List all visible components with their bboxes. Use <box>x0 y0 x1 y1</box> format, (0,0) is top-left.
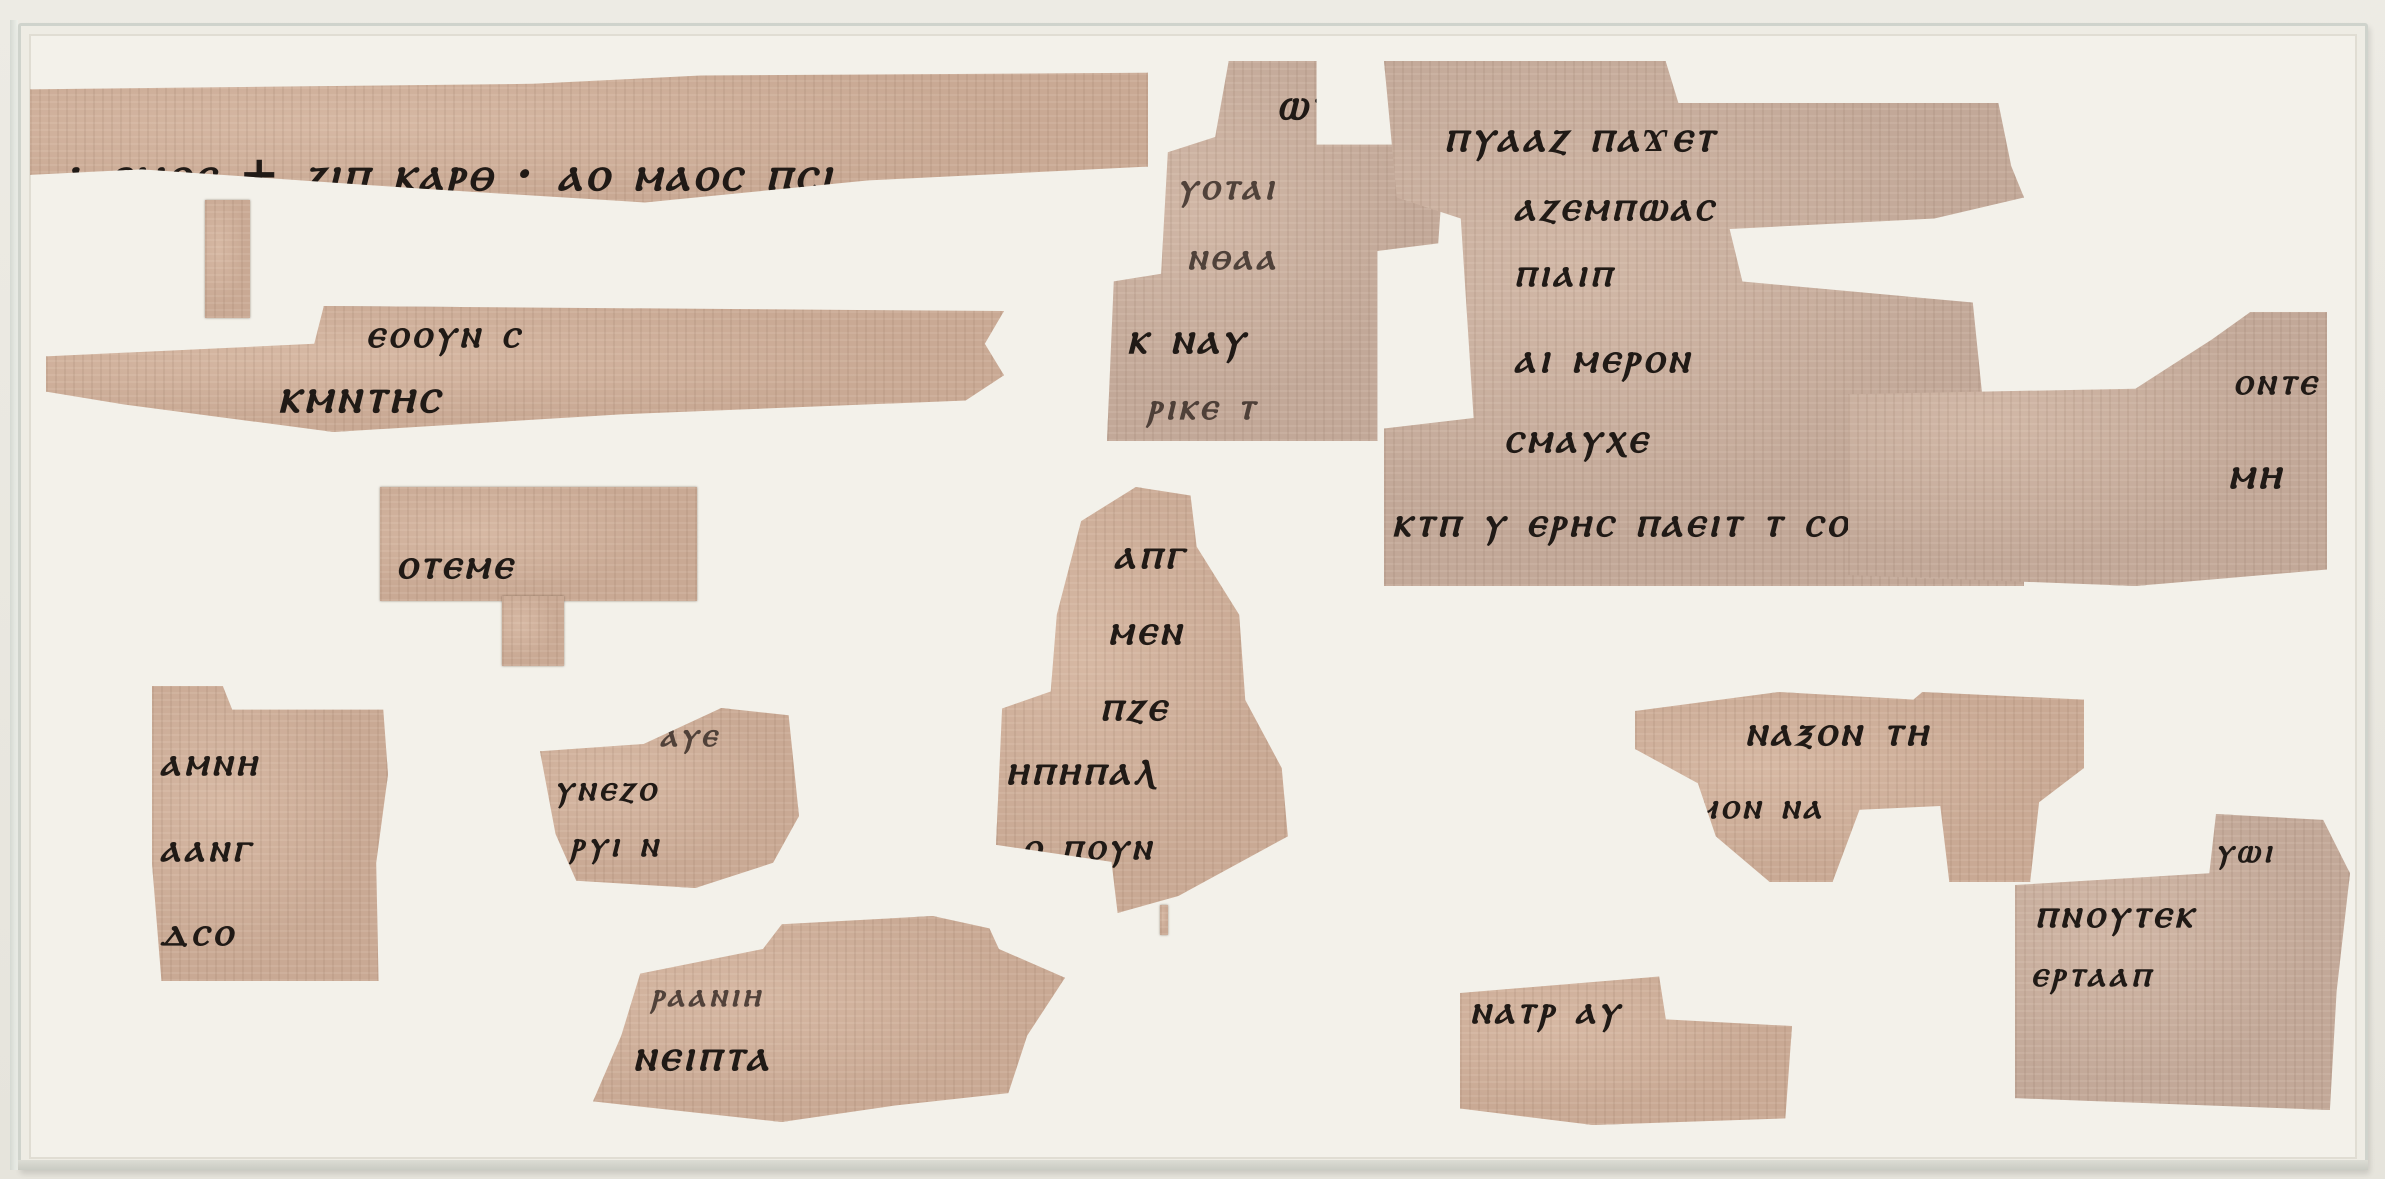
fragment-text: ⲇⲥⲟ <box>160 912 236 952</box>
fragment-text: ⲡⲩⲁⲁⲍ ⲡⲁϫⲉⲧ <box>1444 115 1717 159</box>
fragment-text: ⲩⲛⲉⲍⲟ <box>554 770 659 806</box>
fragment-text: ⲛⲁⲝⲟⲛ ⲧⲏ <box>1745 710 1931 752</box>
fragment-text: ⲕⲧⲡ ⲩ ⲉⲣⲏⲥ ⲡⲁⲉⲓⲧ ⲧ ⲥⲟⲗ <box>1392 501 1874 543</box>
fragment-text: ⲩⲟⲧⲁⲓ <box>1177 167 1277 205</box>
fragment-text: ⲁⲓ ⲙⲉⲣⲟⲛ <box>1514 337 1693 379</box>
fragment-text: ⲁⲁⲛⲅ <box>160 828 254 868</box>
fragment-text: ⲁⲍⲉⲙⲡⲱⲁⲥ <box>1514 185 1717 227</box>
fragment-text: ⲡⲛⲟⲩⲧⲉⲕ <box>2035 894 2197 934</box>
fragment-text: ⲙⲏ <box>2228 452 2284 496</box>
fragment-text: ⲉⲟⲟⲩⲛ ⲥ <box>366 314 523 354</box>
fragment-text: ⲛⲑⲁⲁ <box>1187 237 1279 275</box>
fragment-text: ⲓ ⲣⲁⲁⲛⲓⲏ <box>623 978 764 1012</box>
fragment-text: ⲏⲡⲏⲡⲁⲗ <box>1006 749 1158 791</box>
papyrus-fragment-left-column: ⲁⲙⲛⲏ ⲁⲁⲛⲅ ⲇⲥⲟ <box>152 686 388 981</box>
fragment-text: ⲉⲣⲧⲁⲁⲡ <box>2031 956 2154 992</box>
fragment-text: ⲛⲁⲧⲣ ⲁⲩ <box>1470 990 1623 1030</box>
papyrus-fragment-ote-stem <box>502 596 564 666</box>
fragment-text: ⲕⲙⲛⲧⲏⲥ <box>278 372 443 420</box>
fragment-text: ⲟⲧⲉⲙⲉ <box>396 543 515 585</box>
fragment-text: ⲩⲱⲓ <box>2215 834 2275 868</box>
glass-edge-left <box>10 20 18 1170</box>
fragment-text: ⲙⲉⲛ <box>1108 609 1185 651</box>
fragment-text: ⲛⲉⲓⲡⲧⲁ <box>633 1034 772 1078</box>
fragment-text: ⲕ ⲛⲁⲩ <box>1127 317 1248 361</box>
glass-edge-bottom <box>18 1160 2368 1170</box>
fragment-text: ⲥⲙⲁⲩⲭⲉ <box>1504 417 1651 459</box>
fragment-text: ⲣⲓⲕⲉ ⲧ <box>1147 387 1258 425</box>
papyrus-fragment-top-strip-tail <box>205 200 250 318</box>
papyrus-fragment-central-fiber <box>1160 905 1168 935</box>
fragment-text: ⲡⲍⲉ <box>1100 685 1170 727</box>
fragment-text: ⲡⲓⲁⲓⲡ <box>1514 253 1615 293</box>
fragment-text: ⲁⲡⲅ <box>1114 533 1187 575</box>
papyrus-fragment-ote: ⲟⲧⲉⲙⲉ <box>380 487 697 601</box>
fragment-text: ⲟⲛⲧⲉ <box>2233 362 2320 400</box>
fragment-text: ⲣⲩⲓ ⲛ <box>570 826 662 862</box>
fragment-text: ⲁⲙⲛⲏ <box>160 742 260 782</box>
